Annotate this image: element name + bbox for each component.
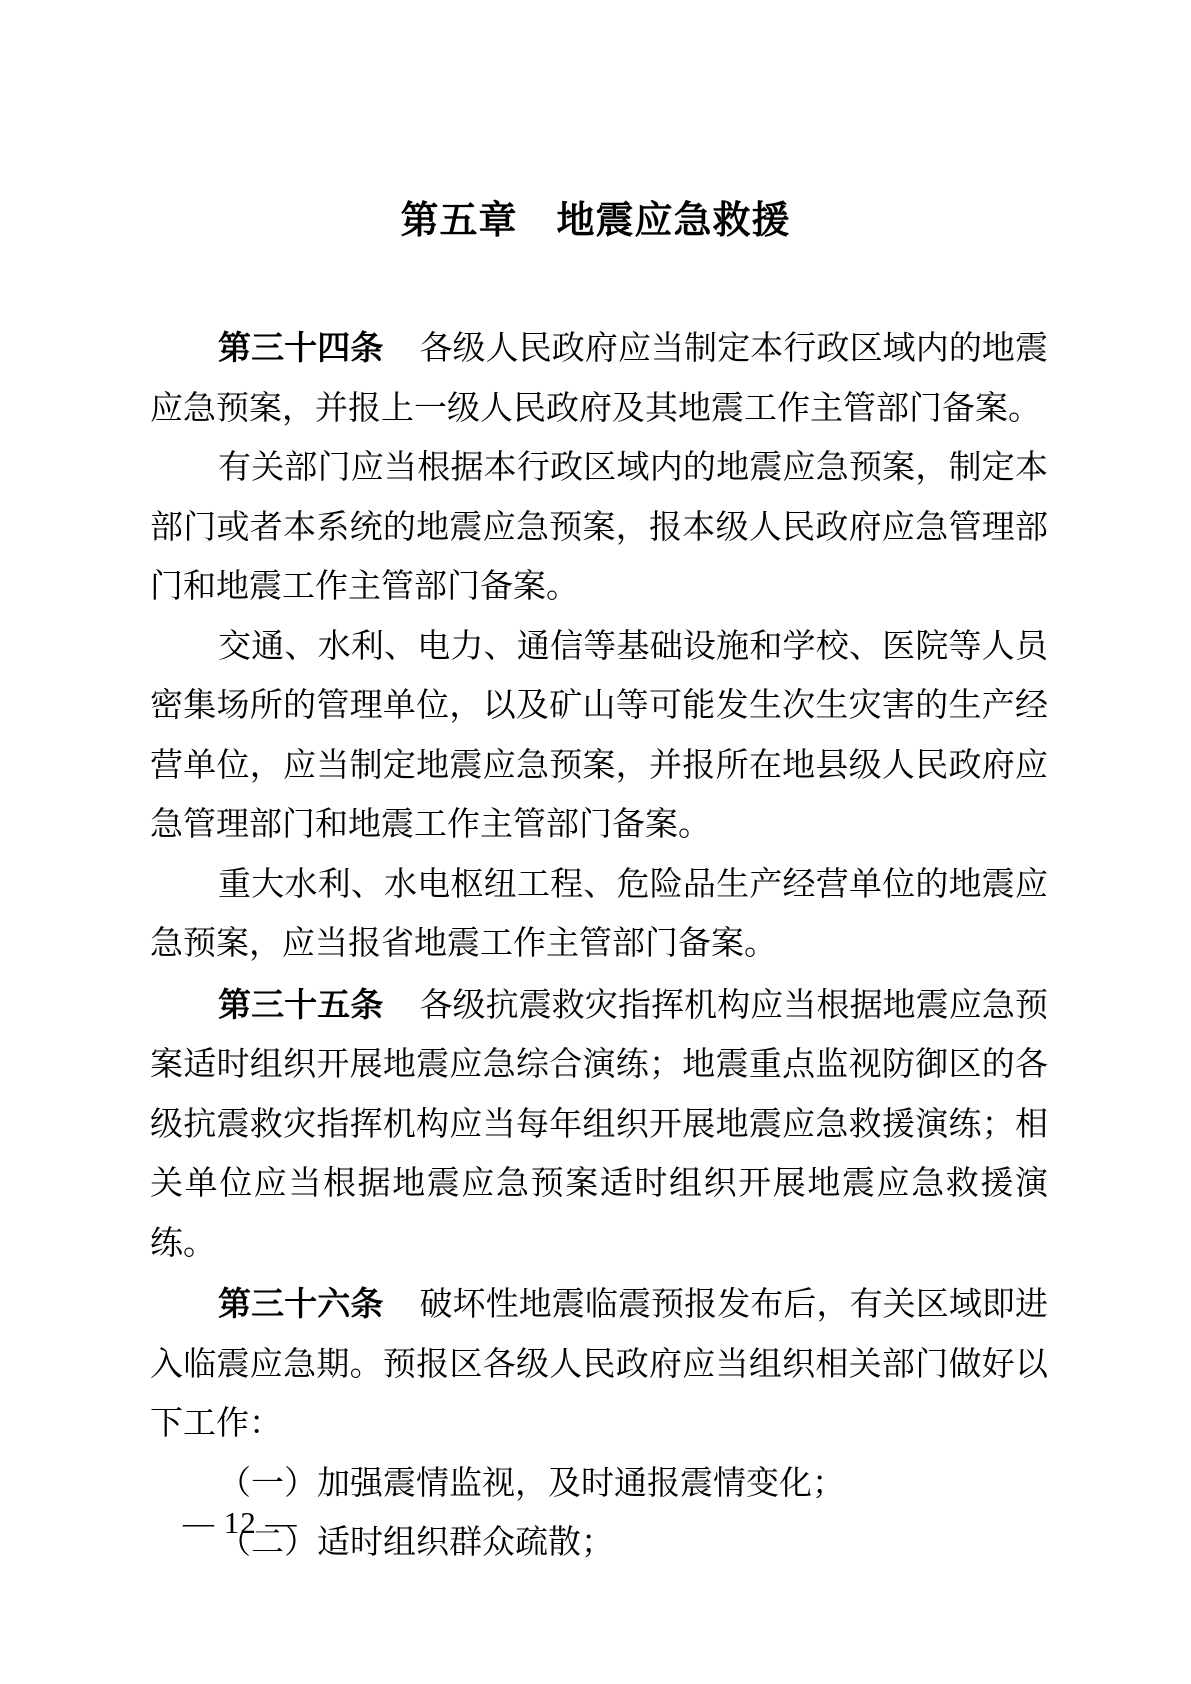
article-34-number: 第三十四条 xyxy=(218,329,383,366)
article-36-number: 第三十六条 xyxy=(218,1285,383,1322)
article-35-number: 第三十五条 xyxy=(218,986,383,1023)
document-body: 第三十四条各级人民政府应当制定本行政区域内的地震应急预案，并报上一级人民政府及其… xyxy=(150,318,1048,1574)
document-page: 第五章 地震应急救援 第三十四条各级人民政府应当制定本行政区域内的地震应急预案，… xyxy=(0,0,1191,1684)
article-35-text: 各级抗震救灾指挥机构应当根据地震应急预案适时组织开展地震应急综合演练；地震重点监… xyxy=(150,988,1048,1262)
paragraph-article-35: 第三十五条各级抗震救灾指挥机构应当根据地震应急预案适时组织开展地震应急综合演练；… xyxy=(150,975,1048,1275)
paragraph-article-36: 第三十六条破坏性地震临震预报发布后，有关区域即进入临震应急期。预报区各级人民政府… xyxy=(150,1274,1048,1455)
paragraph-major-projects: 重大水利、水电枢纽工程、危险品生产经营单位的地震应急预案，应当报省地震工作主管部… xyxy=(150,856,1048,975)
paragraph-departments: 有关部门应当根据本行政区域内的地震应急预案，制定本部门或者本系统的地震应急预案，… xyxy=(150,439,1048,618)
paragraph-article-34: 第三十四条各级人民政府应当制定本行政区域内的地震应急预案，并报上一级人民政府及其… xyxy=(150,318,1048,439)
chapter-title: 第五章 地震应急救援 xyxy=(0,197,1191,245)
paragraph-infrastructure: 交通、水利、电力、通信等基础设施和学校、医院等人员密集场所的管理单位，以及矿山等… xyxy=(150,618,1048,856)
page-number: — 12 — xyxy=(183,1504,298,1542)
